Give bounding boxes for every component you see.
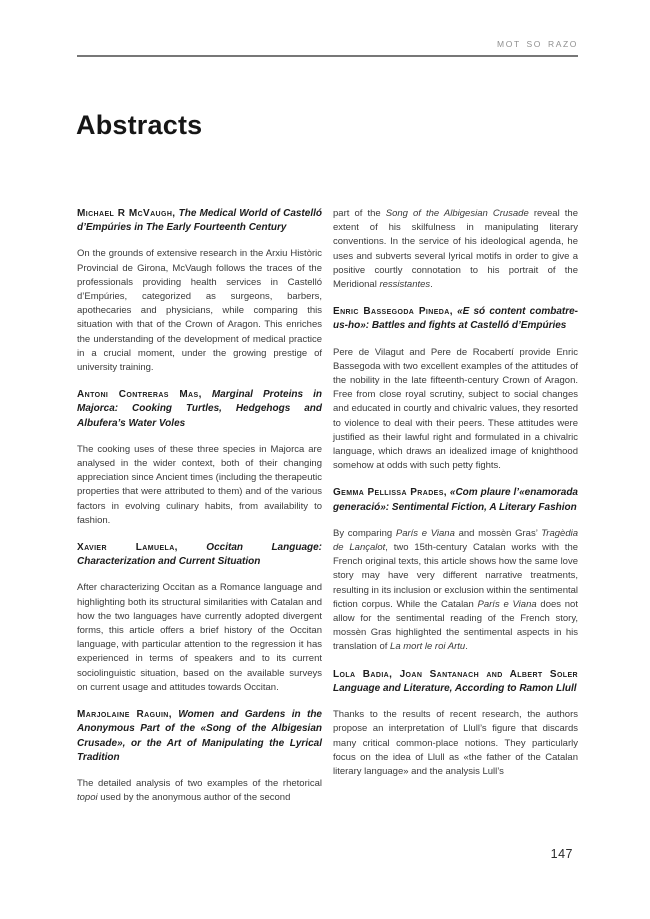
abstract-author: Antoni Contreras Mas,: [77, 389, 202, 400]
journal-page: MOT SO RAZO Abstracts Michael R McVaugh,…: [0, 0, 650, 919]
abstracts-columns: Michael R McVaugh, The Medical World of …: [77, 207, 578, 818]
abstract-paragraph: After characterizing Occitan as a Romanc…: [77, 581, 322, 695]
abstract-heading: Lola Badia, Joan Santanach and Albert So…: [333, 668, 578, 696]
abstract-paragraph: Pere de Vilagut and Pere de Rocabertí pr…: [333, 346, 578, 474]
abstract-paragraph: By comparing París e Viana and mossèn Gr…: [333, 527, 578, 655]
abstract-heading: Antoni Contreras Mas, Marginal Proteins …: [77, 388, 322, 431]
column-left: Michael R McVaugh, The Medical World of …: [77, 207, 322, 818]
abstract-author: Michael R McVaugh,: [77, 208, 175, 219]
abstract-author: Lola Badia, Joan Santanach and Albert So…: [333, 669, 578, 680]
abstract-paragraph: On the grounds of extensive research in …: [77, 247, 322, 375]
abstract-paragraph: part of the Song of the Albigesian Crusa…: [333, 207, 578, 292]
abstract-heading: Enric Bassegoda Pineda, «E só content co…: [333, 305, 578, 333]
abstract-heading: Xavier Lamuela, Occitan Language: Charac…: [77, 541, 322, 569]
abstract-heading: Michael R McVaugh, The Medical World of …: [77, 207, 322, 235]
abstract-paragraph: The detailed analysis of two examples of…: [77, 777, 322, 805]
page-number: 147: [551, 847, 573, 861]
abstract-paragraph: The cooking uses of these three species …: [77, 443, 322, 528]
abstract-heading: Marjolaine Raguin, Women and Gardens in …: [77, 708, 322, 765]
column-right: part of the Song of the Albigesian Crusa…: [333, 207, 578, 818]
abstract-paragraph: Thanks to the results of recent research…: [333, 708, 578, 779]
abstract-author: Enric Bassegoda Pineda,: [333, 306, 453, 317]
abstract-author: Marjolaine Raguin,: [77, 709, 172, 720]
abstract-title: Language and Literature, According to Ra…: [333, 683, 577, 694]
journal-title: MOT SO RAZO: [497, 39, 578, 49]
abstract-author: Gemma Pellissa Prades,: [333, 487, 447, 498]
header-rule: [77, 55, 578, 57]
page-title: Abstracts: [76, 110, 202, 141]
abstract-author: Xavier Lamuela,: [77, 542, 178, 553]
abstract-heading: Gemma Pellissa Prades, «Com plaure l’«en…: [333, 486, 578, 514]
